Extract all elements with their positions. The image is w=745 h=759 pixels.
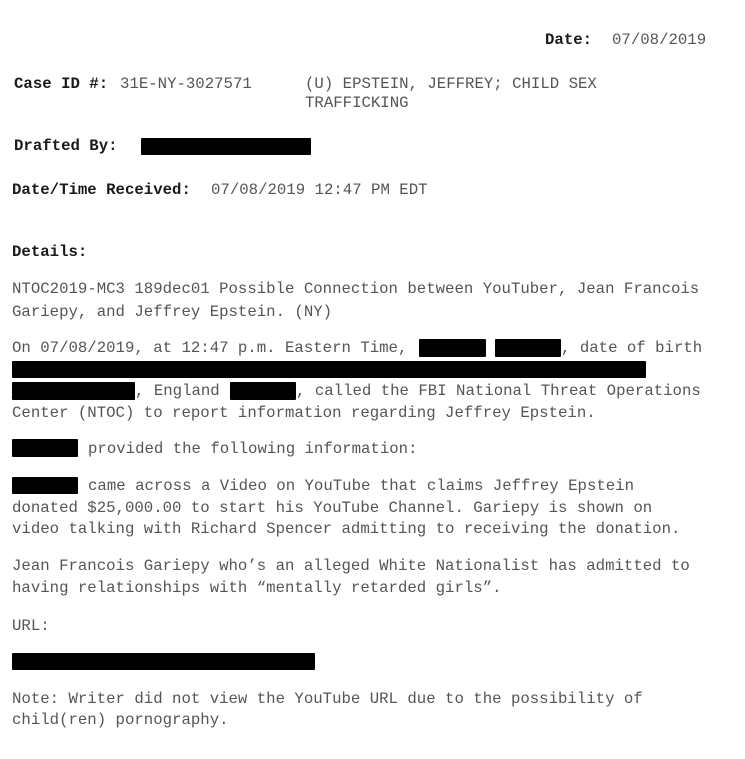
case-id-value: 31E-NY-3027571 <box>120 75 252 93</box>
received-value: 07/08/2019 12:47 PM EDT <box>211 181 428 199</box>
para3-line3: video talking with Richard Spencer admit… <box>12 520 680 538</box>
date-label: Date: <box>545 31 592 49</box>
address-redaction <box>12 382 135 400</box>
phone-redaction <box>230 382 296 400</box>
para3-line2: donated $25,000.00 to start his YouTube … <box>12 499 652 517</box>
para4-line2: having relationships with “mentally reta… <box>12 579 502 597</box>
case-title-line1: (U) EPSTEIN, JEFFREY; CHILD SEX <box>305 75 597 93</box>
personal-info-redaction <box>12 361 646 378</box>
date-value: 07/08/2019 <box>612 31 706 49</box>
reporter-last-name-redaction <box>495 339 561 357</box>
para1-line1-start: On 07/08/2019, at 12:47 p.m. Eastern Tim… <box>12 339 407 357</box>
reporter-name-redaction <box>12 439 78 457</box>
note-line1: Note: Writer did not view the YouTube UR… <box>12 690 643 708</box>
para2-text: provided the following information: <box>88 440 418 458</box>
drafted-by-redaction <box>141 138 311 155</box>
note-line2: child(ren) pornography. <box>12 711 229 729</box>
drafted-by-label: Drafted By: <box>14 137 118 155</box>
url-redaction <box>12 653 315 670</box>
subject-line2: Gariepy, and Jeffrey Epstein. (NY) <box>12 303 332 321</box>
details-label: Details: <box>12 243 87 261</box>
url-label: URL: <box>12 617 50 635</box>
reporter-name-redaction-2 <box>12 477 78 494</box>
reporter-first-name-redaction <box>419 339 486 357</box>
para1-line4: Center (NTOC) to report information rega… <box>12 404 596 422</box>
subject-line1: NTOC2019-MC3 189dec01 Possible Connectio… <box>12 280 699 298</box>
para1-line1-end: , date of birth <box>561 339 702 357</box>
para3-line1: came across a Video on YouTube that clai… <box>88 477 634 495</box>
para1-line3-start: , England <box>135 382 220 400</box>
case-id-label: Case ID #: <box>14 75 108 93</box>
para1-line3-end: , called the FBI National Threat Operati… <box>296 382 701 400</box>
received-label: Date/Time Received: <box>12 181 191 199</box>
para4-line1: Jean Francois Gariepy who’s an alleged W… <box>12 557 690 575</box>
case-title-line2: TRAFFICKING <box>305 94 409 112</box>
